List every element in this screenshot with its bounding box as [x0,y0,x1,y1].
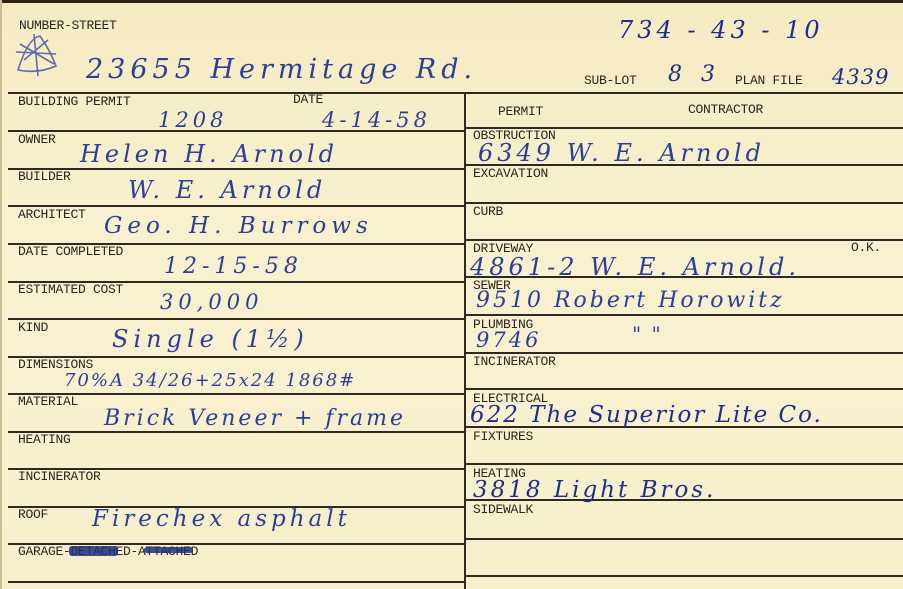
garage-mid: ED-A [116,544,146,559]
garage-attached-struck: TTACHE [146,544,191,559]
owner-label: OWNER [18,133,56,146]
contractor-header: CONTRACTOR [688,103,763,116]
kind-value: Single (1½) [112,327,309,351]
estimated-cost-value: 30,000 [160,292,263,313]
star-stamp-icon [10,30,62,82]
plumbing-number: 9746 [476,330,541,351]
address-value: 23655 Hermitage Rd. [86,56,477,83]
date-completed-value: 12-15-58 [164,256,303,278]
excavation-label: EXCAVATION [473,167,548,180]
architect-label: ARCHITECT [18,208,86,221]
electrical-value: 622 The Superior Lite Co. [470,404,823,427]
garage-detached-struck: DETACH [71,544,116,559]
curb-label: CURB [473,205,503,218]
garage-prefix: GARAGE- [18,544,71,559]
estimated-cost-label: ESTIMATED COST [18,283,123,296]
incinerator-permit-label: INCINERATOR [473,355,556,368]
row-divider [8,92,903,94]
row-divider [465,388,903,390]
material-label: MATERIAL [18,395,78,408]
sub-lot-label: SUB-LOT [584,74,637,87]
row-divider [465,463,903,465]
garage-label: GARAGE-DETACHED-ATTACHED [18,545,198,558]
row-divider [465,538,903,540]
row-divider [465,575,903,577]
fixtures-label: FIXTURES [473,430,533,443]
column-divider [464,92,466,589]
card-top-edge [0,0,903,3]
number-street-label: NUMBER-STREET [19,19,117,32]
card-left-edge [0,0,2,589]
sewer-value: 9510 Robert Horowitz [476,290,785,312]
obstruction-value: 6349 W. E. Arnold [478,141,765,165]
roof-label: ROOF [18,508,48,521]
ok-label: O.K. [851,241,881,254]
row-divider [8,168,464,170]
heating-label: HEATING [18,433,71,446]
date-label: DATE [293,93,323,106]
builder-value: W. E. Arnold [128,178,326,202]
row-divider [8,318,464,320]
sidewalk-label: SIDEWALK [473,503,533,516]
parcel-number: 734 - 43 - 10 [618,18,824,42]
building-permit-value: 1208 [158,110,227,131]
heating-permit-value: 3818 Light Bros. [473,479,716,502]
row-divider [465,314,903,316]
row-divider [8,581,464,583]
builder-label: BUILDER [18,170,71,183]
plumbing-ditto: " " [632,324,663,344]
building-permit-label: BUILDING PERMIT [18,95,131,108]
permit-card: NUMBER-STREET 734 - 43 - 10 23655 Hermit… [0,0,903,589]
sub-lot-value: 8 3 [668,64,721,86]
date-completed-label: DATE COMPLETED [18,245,123,258]
driveway-value: 4861-2 W. E. Arnold. [470,255,800,279]
owner-value: Helen H. Arnold [80,142,338,166]
architect-value: Geo. H. Burrows [104,215,373,238]
roof-value: Firechex asphalt [92,508,351,531]
plan-file-value: 4339 [832,67,889,88]
plan-file-label: PLAN FILE [735,74,803,87]
dimensions-value: 70%A 34/26+25x24 1868# [64,372,356,390]
permit-header: PERMIT [498,105,543,118]
material-value: Brick Veneer + frame [104,408,406,430]
row-divider [465,202,903,204]
date-value: 4-14-58 [322,110,431,131]
kind-label: KIND [18,321,48,334]
incinerator-label: INCINERATOR [18,470,101,483]
row-divider [8,431,464,433]
